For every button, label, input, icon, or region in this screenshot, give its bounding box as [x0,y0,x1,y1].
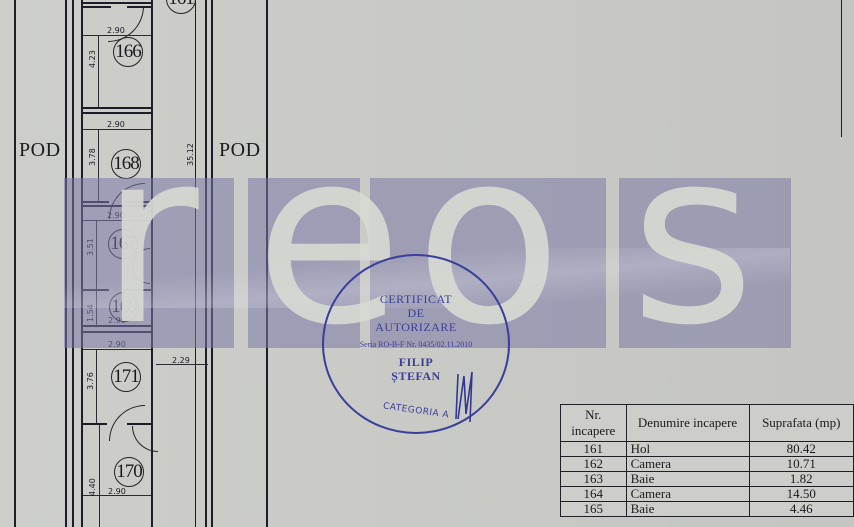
dim-line [96,349,97,423]
wall-line [81,2,153,4]
dim-height-166: 4.23 [88,50,97,68]
signature-icon [452,364,482,424]
cell-room-area: 10.71 [749,457,853,472]
header-room-name: Denumire incapere [626,405,749,442]
dim-width-170: 2.90 [108,487,126,496]
wall-line [81,6,111,8]
cell-room-area: 1.82 [749,472,853,487]
cell-room-area: 14.50 [749,487,853,502]
stamp-title-line-3: AUTORIZARE [324,320,508,335]
pod-label-left: POD [19,139,61,162]
cell-room-number: 161 [561,442,627,457]
plan-line [841,0,842,137]
watermark-letter-s: s [630,118,755,358]
wall-line [81,423,107,425]
room-area-table: Nr. incapere Denumire incapere Suprafata… [560,404,854,517]
table-row: 161Hol80.42 [561,442,854,457]
cell-room-area: 80.42 [749,442,853,457]
cell-room-number: 164 [561,487,627,502]
header-room-area: Suprafata (mp) [749,405,853,442]
cell-room-area: 4.46 [749,502,853,517]
authorization-stamp: CERTIFICAT DE AUTORIZARE Seria RO-B-F Nr… [322,254,510,434]
room-number-166: 166 [113,37,143,67]
table-row: 162Camera10.71 [561,457,854,472]
plan-line [14,0,16,527]
room-number-170: 170 [114,457,144,487]
stamp-title-line-2: DE [324,306,508,321]
door-swing [132,426,158,452]
cell-room-name: Baie [626,502,749,517]
dim-width-166: 2.90 [107,26,125,35]
cell-room-number: 163 [561,472,627,487]
table-row: 163Baie1.82 [561,472,854,487]
table-row: 165Baie4.46 [561,502,854,517]
dim-line [99,425,100,527]
dim-height-168: 3.78 [88,148,97,166]
dim-height-170: 4.40 [88,478,97,496]
cell-room-name: Baie [626,472,749,487]
cell-room-name: Camera [626,457,749,472]
table-header-row: Nr. incapere Denumire incapere Suprafata… [561,405,854,442]
stamp-title-line-1: CERTIFICAT [324,292,508,307]
dim-height-171: 3.76 [86,372,95,390]
dim-line [98,35,99,107]
header-room-number: Nr. incapere [561,405,627,442]
table-row: 164Camera14.50 [561,487,854,502]
cell-room-name: Camera [626,487,749,502]
watermark-letter-r: r [100,118,199,358]
cell-room-number: 162 [561,457,627,472]
cell-room-number: 165 [561,502,627,517]
cell-room-name: Hol [626,442,749,457]
room-number-161: 161 [166,0,196,14]
stamp-serial: Seria RO-B-F Nr. 0435/02.11.2010 [324,340,508,349]
